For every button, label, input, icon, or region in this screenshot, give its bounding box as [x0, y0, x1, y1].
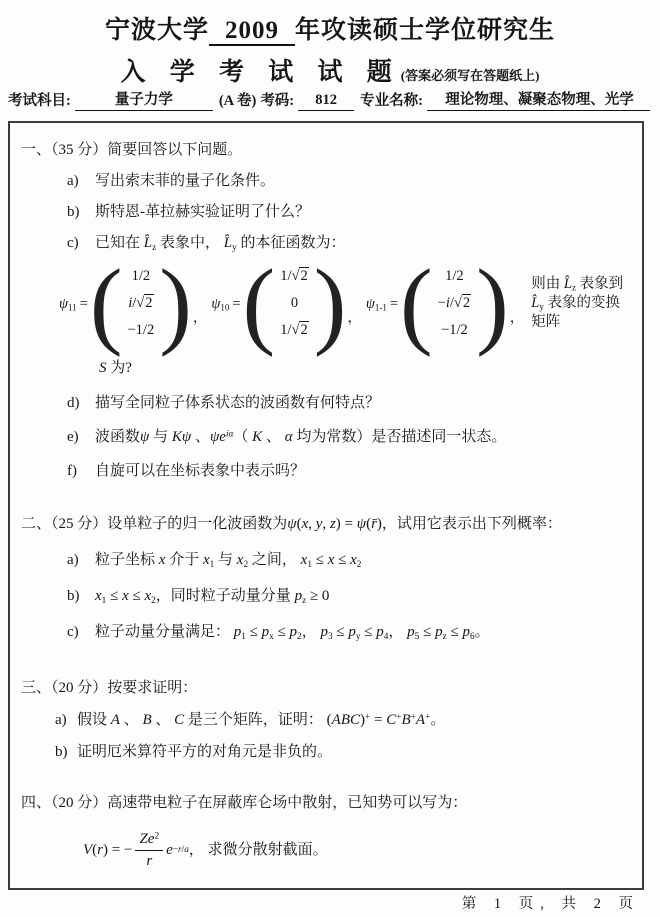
- q3-item-b: b) 证明厄米算符平方的对角元是非负的。: [21, 742, 634, 762]
- column-matrix: ( 1/√2 0 1/√2 ): [243, 263, 347, 344]
- section-2-title: 二、（25 分）设单粒子的归一化波函数为ψ(x, y, z) = ψ(r̄)，试…: [21, 514, 634, 534]
- matrix-row: −1/2: [435, 317, 474, 344]
- item-text: 描写全同粒子体系状态的波函数有何特点？: [95, 393, 634, 413]
- subject-label: 考试科目:: [8, 91, 71, 111]
- exam-meta-row: 考试科目: 量子力学 (A 卷) 考码: 812 专业名称: 理论物理、凝聚态物…: [8, 90, 650, 111]
- item-text: 自旋可以在坐标表象中表示吗？: [95, 461, 634, 481]
- section-1-title: 一、（35 分）简要回答以下问题。: [21, 140, 634, 160]
- exam-paper-page: 宁波大学2009年攻读硕士学位研究生 入 学 考 试 试 题(答案必须写在答题纸…: [0, 0, 660, 917]
- matrix-row: 1/√2: [277, 317, 312, 344]
- university-name: 宁波大学: [105, 17, 209, 44]
- page-footer: 第 1 页, 共 2 页: [462, 892, 640, 913]
- major-value: 理论物理、凝聚态物理、光学: [427, 90, 650, 111]
- item-text: 写出索末菲的量子化条件。: [95, 171, 634, 191]
- q1-item-a: a) 写出索末菲的量子化条件。: [21, 171, 634, 191]
- transform-matrix-statement: 则由 L̂z 表象到 L̂y 表象的变换矩阵: [531, 275, 634, 332]
- column-matrix: ( 1/2 −i/√2 −1/2 ): [400, 263, 509, 344]
- matrix-psi-1-minus1: ψ1-1 = ( 1/2 −i/√2 −1/2 ) ，: [366, 263, 528, 344]
- separator-comma: ，: [510, 308, 525, 328]
- item-text: x1 ≤ x ≤ x2，同时粒子动量分量 pz ≥ 0: [95, 586, 634, 606]
- equals-sign: =: [80, 294, 88, 314]
- q1-item-d: d) 描写全同粒子体系状态的波函数有何特点？: [21, 393, 634, 413]
- section-3-title: 三、（20 分）按要求证明：: [21, 678, 634, 698]
- item-label: c): [67, 622, 95, 642]
- item-text: 假设 A 、 B 、 C 是三个矩阵，证明： (ABC)+ = C+B+A+。: [77, 710, 634, 730]
- q2-item-a: a) 粒子坐标 x 介于 x1 与 x2 之间， x1 ≤ x ≤ x2: [21, 550, 634, 570]
- item-label: b): [67, 586, 95, 606]
- major-label: 专业名称:: [360, 91, 423, 111]
- column-matrix: ( 1/2 i/√2 −1/2 ): [90, 263, 192, 344]
- item-label: a): [67, 550, 95, 570]
- matrix-name: ψ10: [211, 294, 229, 314]
- matrix-psi-11: ψ11 = ( 1/2 i/√2 −1/2 ) ，: [59, 263, 211, 344]
- matrix-name: ψ1-1: [366, 294, 387, 314]
- q1-item-f: f) 自旋可以在坐标表象中表示吗？: [21, 461, 634, 481]
- matrix-row: 0: [277, 290, 312, 317]
- matrix-paren-right: ): [476, 264, 509, 344]
- code-value: 812: [298, 90, 354, 111]
- matrix-paren-right: ): [314, 264, 347, 344]
- separator-comma: ，: [193, 308, 208, 328]
- exam-title-line2: 入 学 考 试 试 题(答案必须写在答题纸上): [0, 52, 660, 88]
- title-suffix: 年攻读硕士学位研究生: [295, 17, 555, 44]
- matrix-name: ψ11: [59, 294, 77, 314]
- subject-value: 量子力学: [75, 90, 213, 111]
- paper-type: (A 卷): [219, 91, 256, 111]
- matrix-paren-left: (: [90, 264, 123, 344]
- transform-matrix-question: S 为?: [99, 358, 634, 378]
- item-label: e): [67, 427, 95, 447]
- exam-year: 2009: [209, 17, 295, 46]
- item-text: 粒子坐标 x 介于 x1 与 x2 之间， x1 ≤ x ≤ x2: [95, 550, 634, 570]
- q3-item-a: a) 假设 A 、 B 、 C 是三个矩阵，证明： (ABC)+ = C+B+A…: [21, 710, 634, 730]
- matrix-row: −i/√2: [435, 290, 474, 317]
- q2-item-b: b) x1 ≤ x ≤ x2，同时粒子动量分量 pz ≥ 0: [21, 586, 634, 606]
- exam-title-line1: 宁波大学2009年攻读硕士学位研究生: [0, 10, 660, 46]
- q1-item-e: e) 波函数ψ 与 Kψ 、ψeiα（ K 、 α 均为常数）是否描述同一状态。: [21, 427, 634, 447]
- section-4-title: 四、（20 分）高速带电粒子在屏蔽库仑场中散射，已知势可以写为：: [21, 793, 634, 813]
- q2-item-c: c) 粒子动量分量满足： p1 ≤ px ≤ p2， p3 ≤ py ≤ p4，…: [21, 622, 634, 642]
- q1-item-b: b) 斯特恩-革拉赫实验证明了什么？: [21, 202, 634, 222]
- item-text: 证明厄米算符平方的对角元是非负的。: [77, 742, 634, 762]
- matrix-paren-right: ): [159, 264, 192, 344]
- item-label: b): [67, 202, 95, 222]
- item-text: 斯特恩-革拉赫实验证明了什么？: [95, 202, 634, 222]
- equals-sign: =: [232, 294, 240, 314]
- potential-formula: V(r) = −Ze2re−r/a ， 求微分散射截面。: [83, 827, 634, 873]
- code-label: 考码:: [260, 91, 294, 111]
- questions-box: 一、（35 分）简要回答以下问题。 a) 写出索末菲的量子化条件。 b) 斯特恩…: [8, 121, 644, 890]
- item-text: 粒子动量分量满足： p1 ≤ px ≤ p2， p3 ≤ py ≤ p4， p5…: [95, 622, 634, 642]
- separator-comma: ，: [347, 308, 362, 328]
- eigenfunctions-row: ψ11 = ( 1/2 i/√2 −1/2 ) ， ψ10 = (: [59, 263, 634, 344]
- matrix-psi-10: ψ10 = ( 1/√2 0 1/√2 ) ，: [211, 263, 365, 344]
- matrix-row: −1/2: [125, 317, 158, 344]
- matrix-row: i/√2: [125, 290, 158, 317]
- matrix-row: 1/2: [125, 263, 158, 290]
- item-text: 波函数ψ 与 Kψ 、ψeiα（ K 、 α 均为常数）是否描述同一状态。: [95, 427, 634, 447]
- equals-sign: =: [390, 294, 398, 314]
- exam-title-main: 入 学 考 试 试 题: [121, 59, 401, 86]
- item-label: a): [67, 171, 95, 191]
- item-label: a): [55, 710, 77, 730]
- item-label: d): [67, 393, 95, 413]
- answer-note: (答案必须写在答题纸上): [401, 68, 540, 83]
- matrix-row: 1/√2: [277, 263, 312, 290]
- matrix-paren-left: (: [400, 264, 433, 344]
- item-label: f): [67, 461, 95, 481]
- matrix-paren-left: (: [243, 264, 276, 344]
- matrix-row: 1/2: [435, 263, 474, 290]
- item-label: b): [55, 742, 77, 762]
